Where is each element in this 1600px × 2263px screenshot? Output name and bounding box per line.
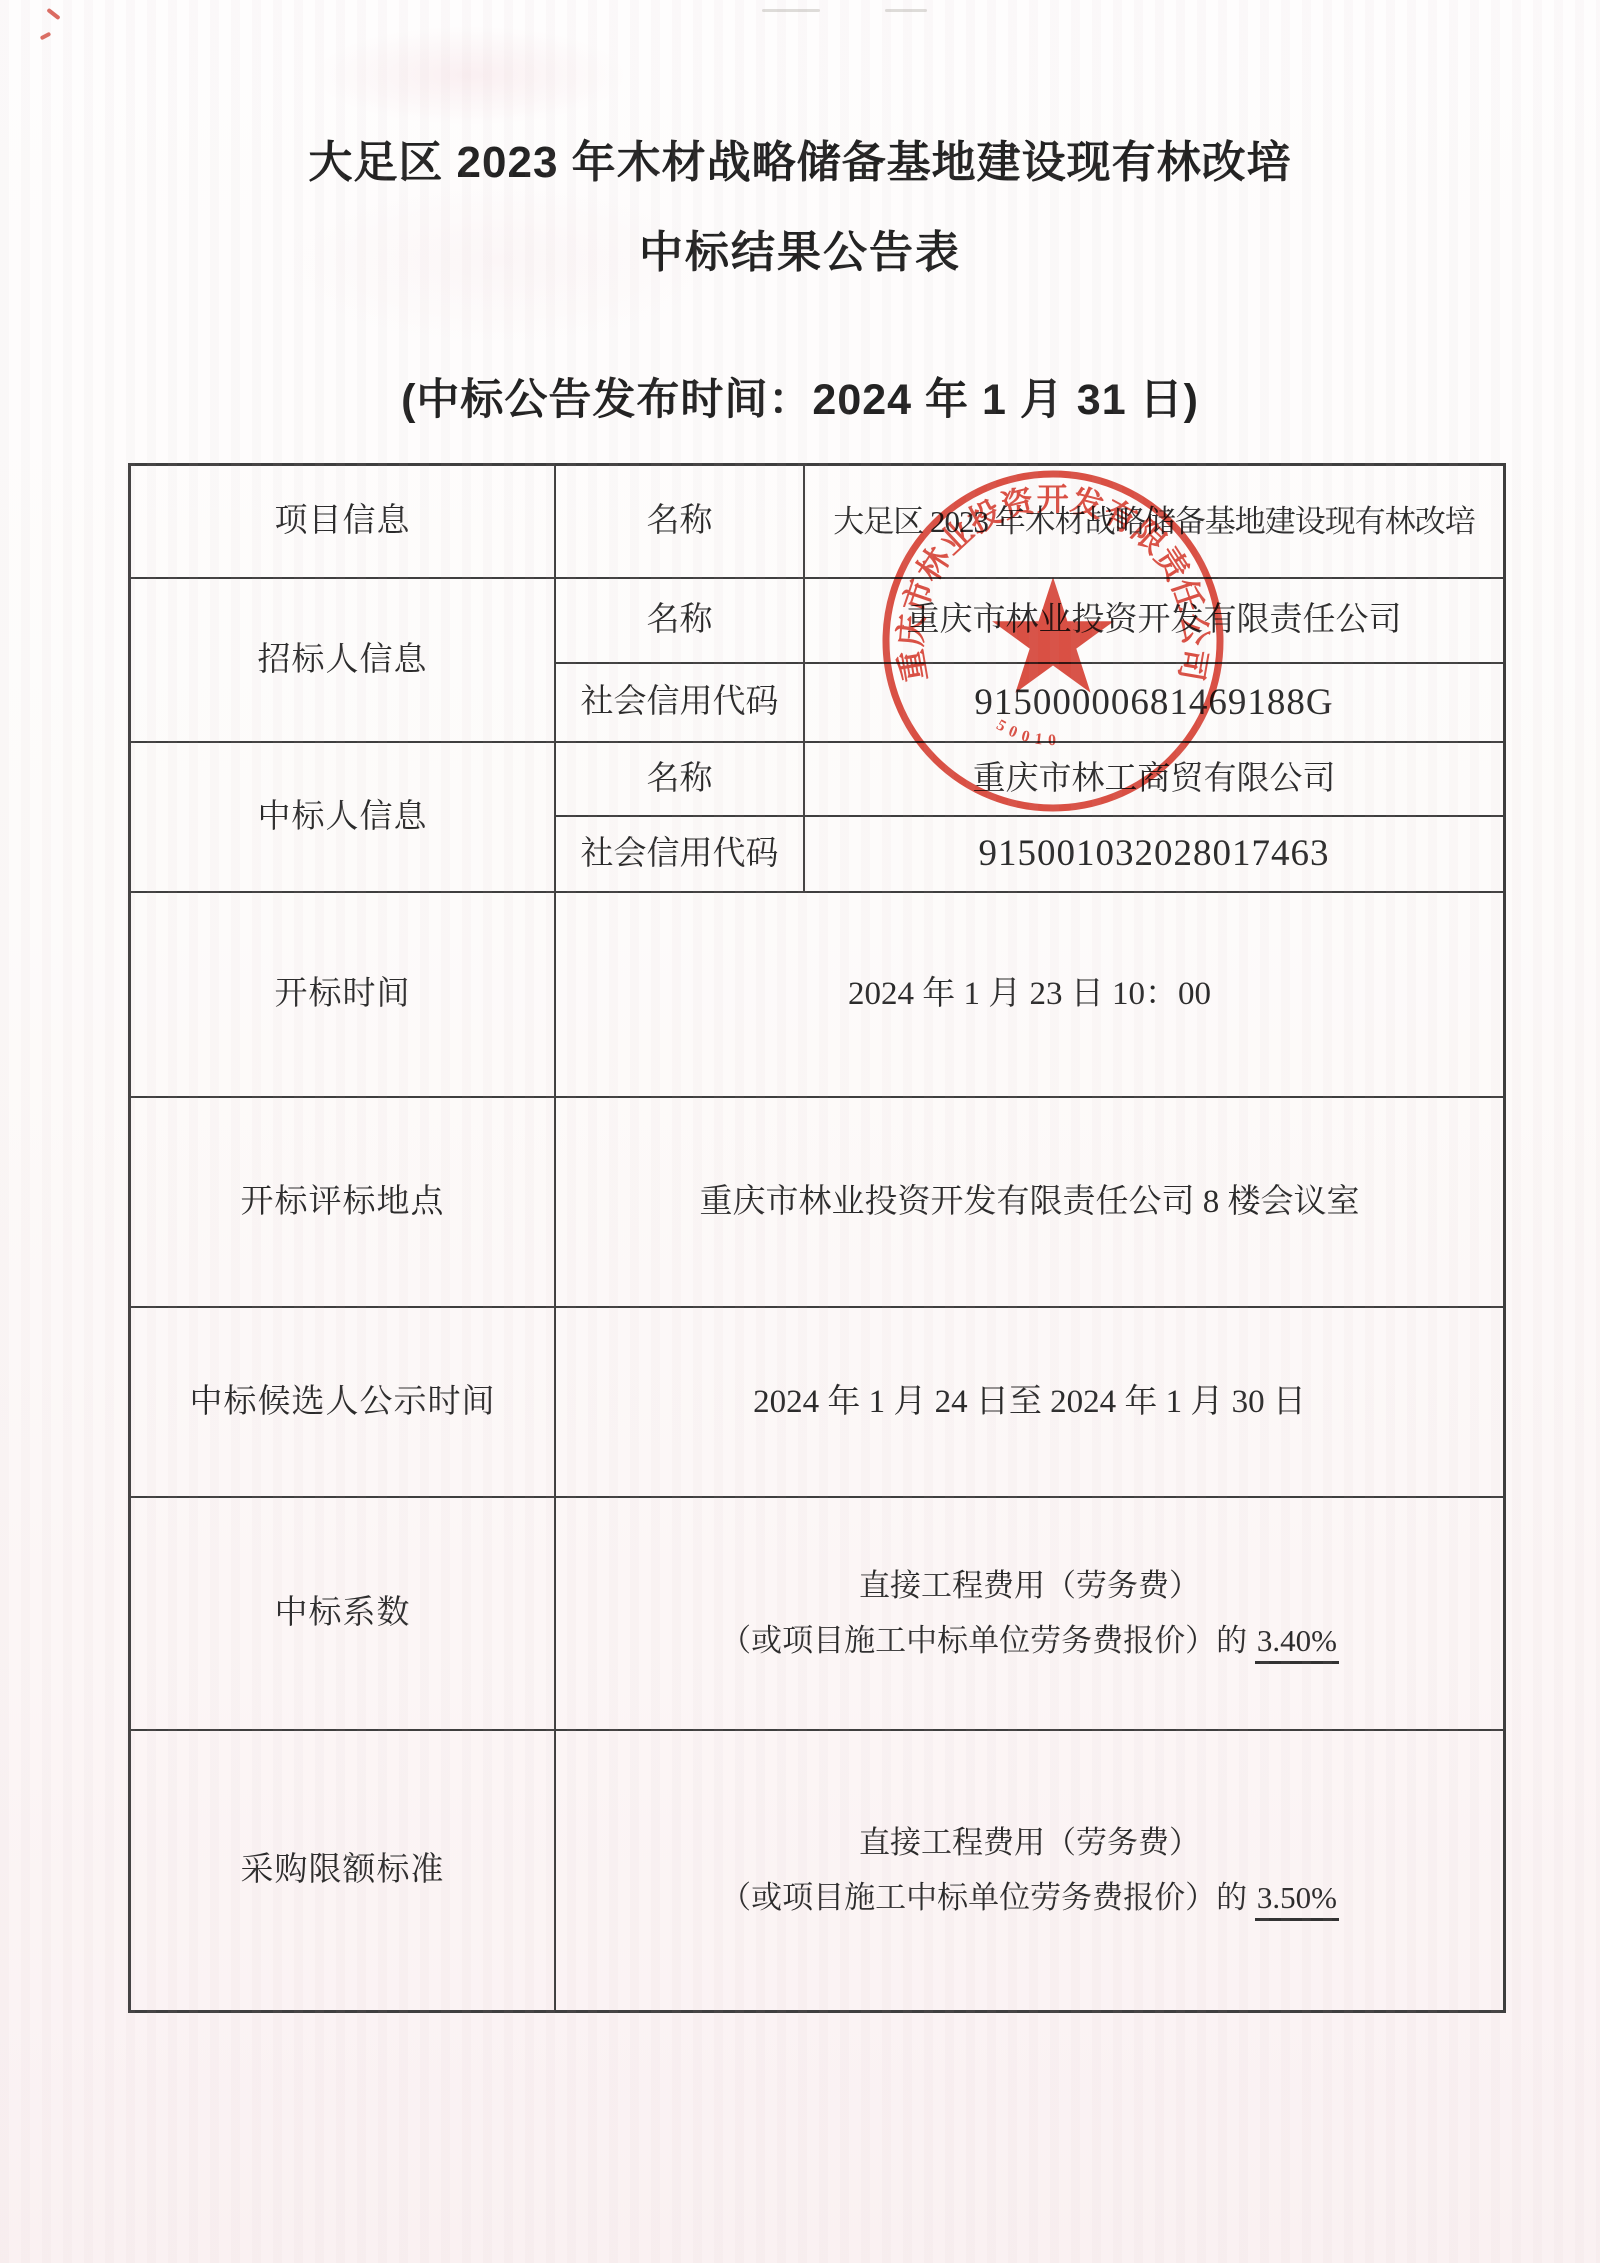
row-tenderer-label: 招标人信息 (131, 579, 556, 743)
scan-artifact-dash (885, 9, 927, 12)
row-coefficient-value: 直接工程费用（劳务费） （或项目施工中标单位劳务费报价）的 3.40% (556, 1498, 1503, 1731)
row-limit-value: 直接工程费用（劳务费） （或项目施工中标单位劳务费报价）的 3.50% (556, 1731, 1503, 2010)
winner-code-field: 社会信用代码 (556, 817, 805, 893)
coefficient-line2-prefix: （或项目施工中标单位劳务费报价）的 (720, 1623, 1255, 1658)
row-open-place-value: 重庆市林业投资开发有限责任公司 8 楼会议室 (556, 1098, 1503, 1308)
red-pen-mark (40, 32, 52, 41)
red-pen-mark (46, 8, 60, 20)
limit-line2-prefix: （或项目施工中标单位劳务费报价）的 (720, 1880, 1255, 1915)
limit-line2: （或项目施工中标单位劳务费报价）的 3.50% (720, 1871, 1339, 1925)
tenderer-code-field: 社会信用代码 (556, 664, 805, 743)
document-page: 大足区 2023 年木材战略储备基地建设现有林改培 中标结果公告表 (中标公告发… (0, 0, 1600, 2263)
row-open-time-label: 开标时间 (131, 893, 556, 1098)
row-winner-label: 中标人信息 (131, 743, 556, 893)
row-limit-label: 采购限额标准 (131, 1731, 556, 2010)
row-publicity-label: 中标候选人公示时间 (131, 1308, 556, 1498)
tenderer-name-field: 名称 (556, 579, 805, 664)
tenderer-code-value: 91500000681469188G (805, 664, 1503, 743)
row-project-field: 名称 (556, 466, 805, 579)
limit-percent: 3.50% (1255, 1880, 1339, 1921)
scan-artifact-dash (762, 9, 820, 12)
winner-name-field: 名称 (556, 743, 805, 817)
row-open-time-value: 2024 年 1 月 23 日 10：00 (556, 893, 1503, 1098)
coefficient-line2: （或项目施工中标单位劳务费报价）的 3.40% (720, 1614, 1339, 1668)
tenderer-name-value: 重庆市林业投资开发有限责任公司 (805, 579, 1503, 664)
coefficient-percent: 3.40% (1255, 1623, 1339, 1664)
document-title-line1: 大足区 2023 年木材战略储备基地建设现有林改培 (0, 126, 1600, 190)
coefficient-line1: 直接工程费用（劳务费） (859, 1559, 1200, 1613)
winner-name-value: 重庆市林工商贸有限公司 (805, 743, 1503, 817)
row-project-label: 项目信息 (131, 466, 556, 579)
row-open-place-label: 开标评标地点 (131, 1098, 556, 1308)
row-project-value: 大足区 2023 年木材战略储备基地建设现有林改培 (805, 466, 1503, 579)
publish-date-line: (中标公告发布时间：2024 年 1 月 31 日) (0, 366, 1600, 427)
document-title-line2: 中标结果公告表 (0, 216, 1600, 280)
winner-code-value: 915001032028017463 (805, 817, 1503, 893)
row-coefficient-label: 中标系数 (131, 1498, 556, 1731)
bid-result-table: 项目信息 名称 大足区 2023 年木材战略储备基地建设现有林改培 招标人信息 … (128, 463, 1506, 2013)
limit-line1: 直接工程费用（劳务费） (859, 1816, 1200, 1870)
row-publicity-value: 2024 年 1 月 24 日至 2024 年 1 月 30 日 (556, 1308, 1503, 1498)
